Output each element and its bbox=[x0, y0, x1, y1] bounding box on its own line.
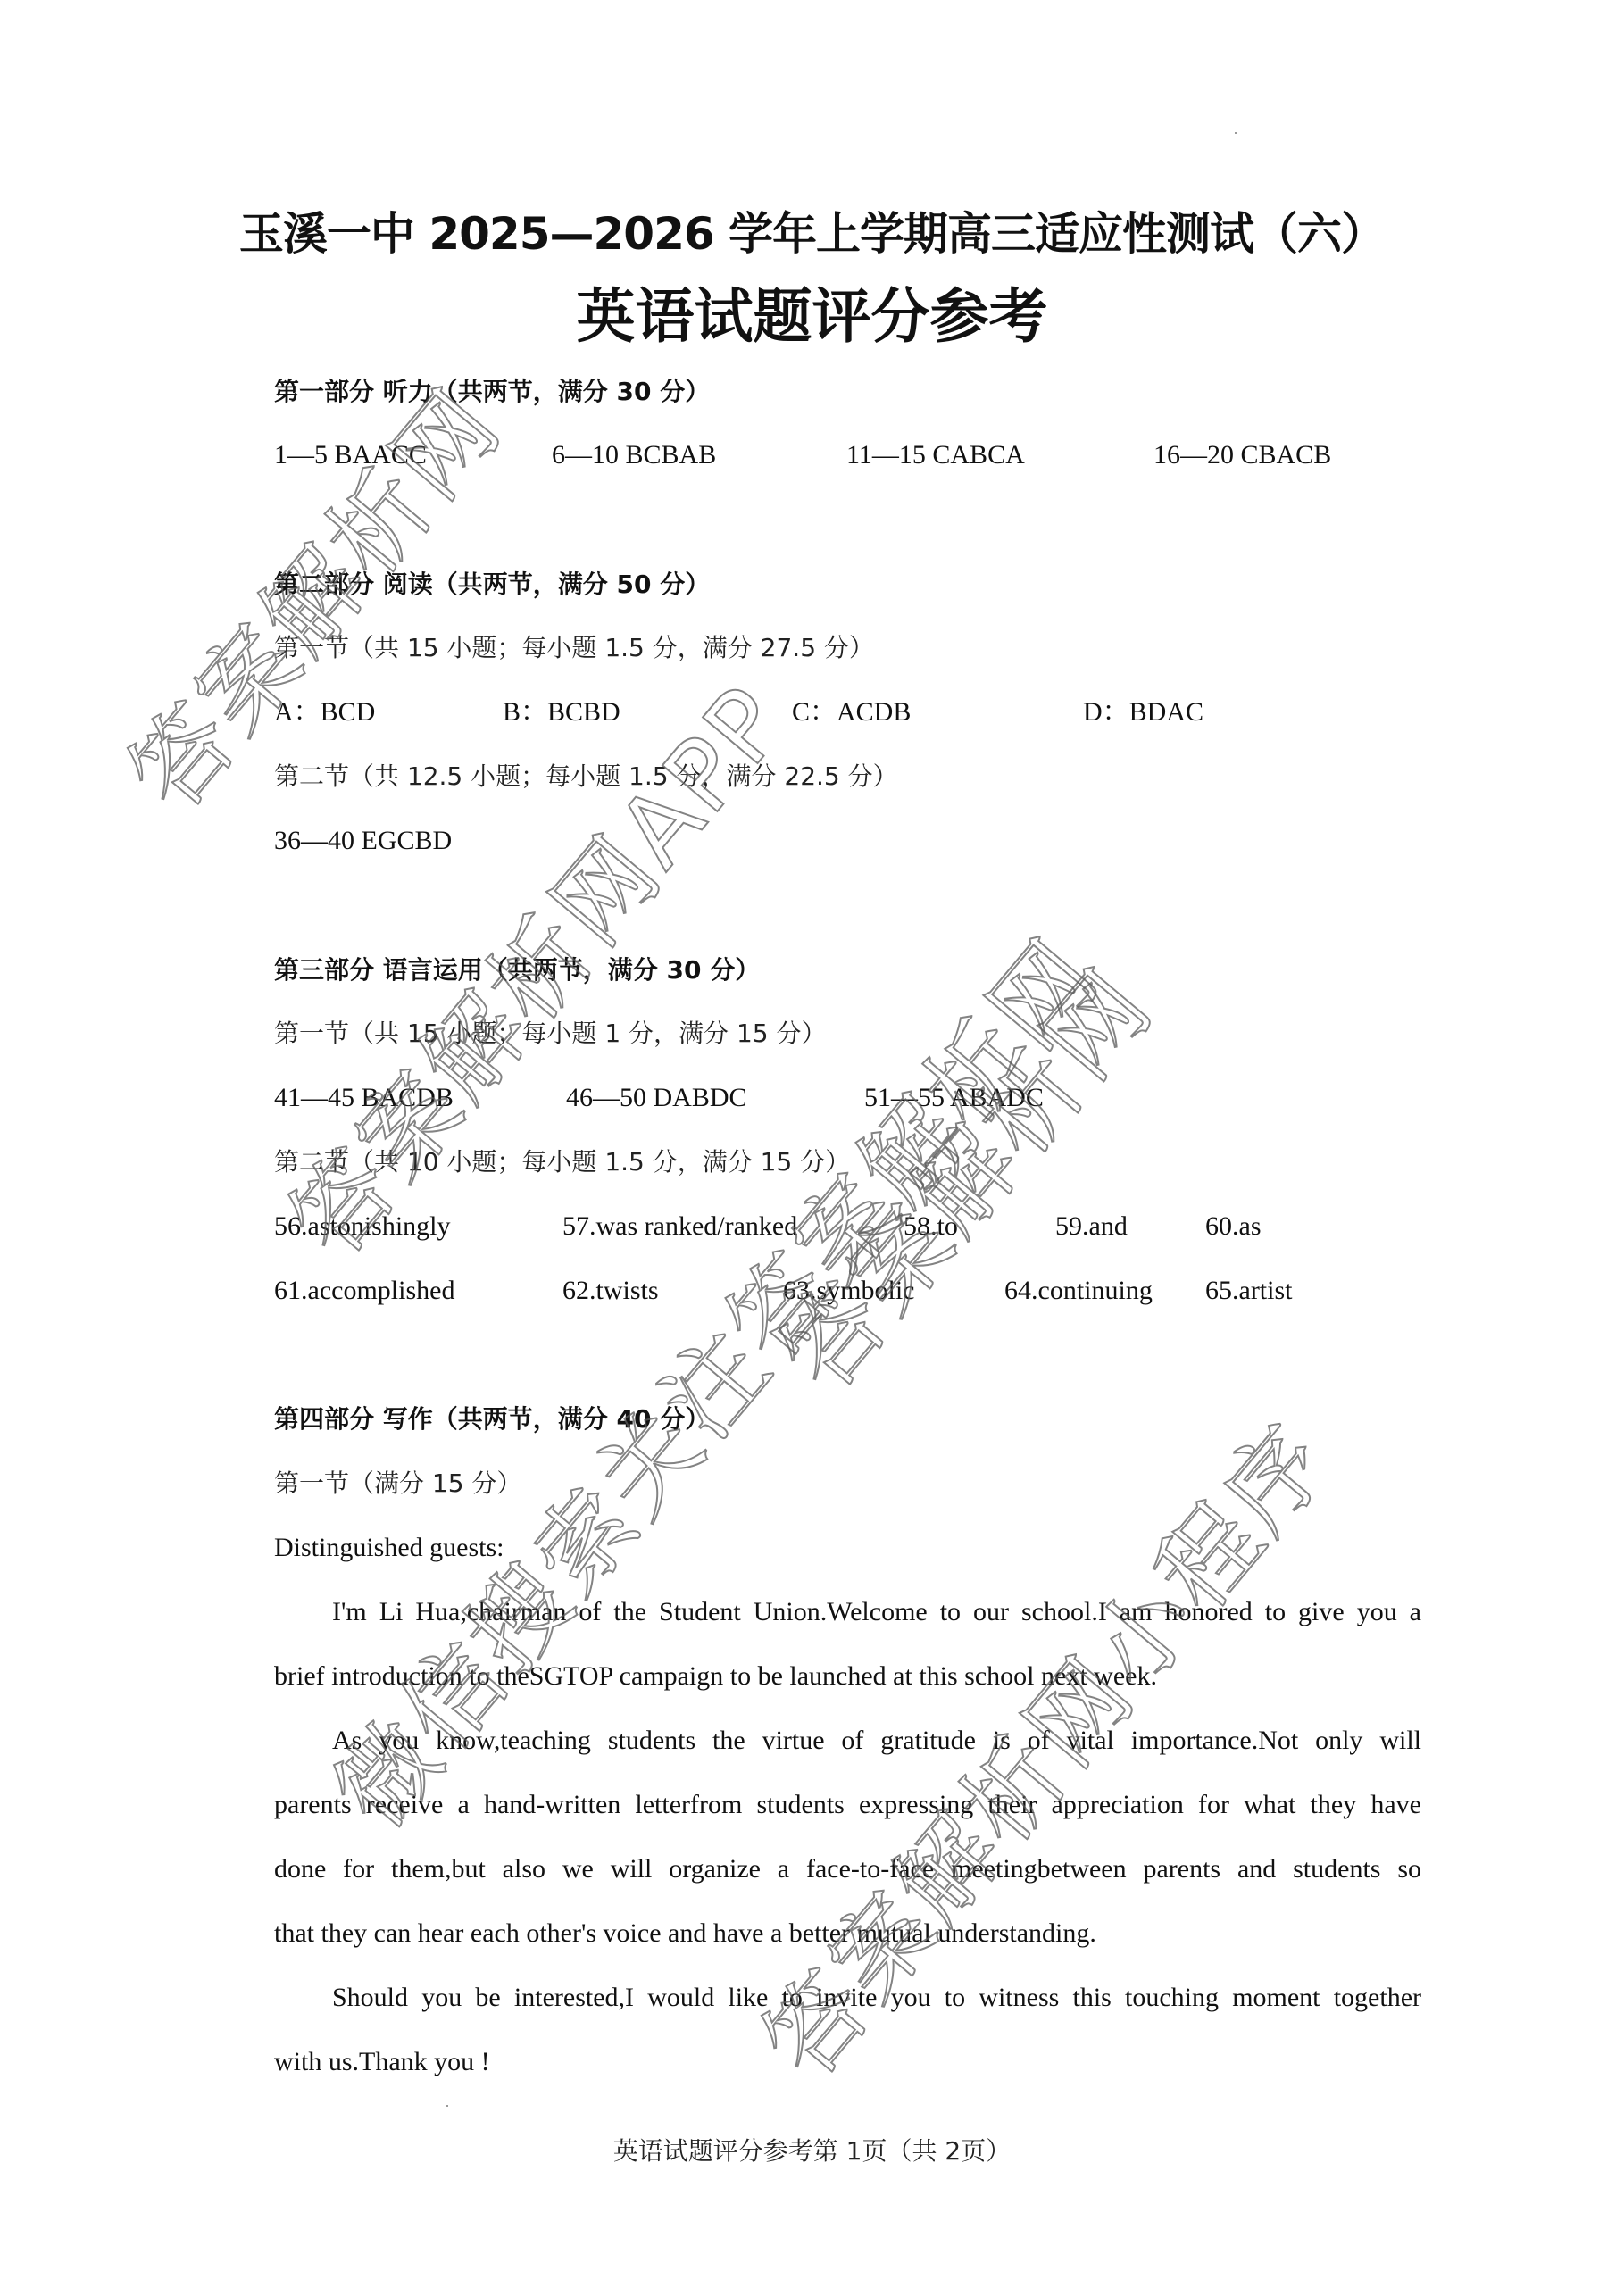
answer-group: B：BCBD bbox=[503, 696, 620, 728]
document-page: 玉溪一中 2025—2026 学年上学期高三适应性测试（六） 英语试题评分参考 … bbox=[0, 0, 1624, 2296]
part3-section2-heading: 第二节（共 10 小题；每小题 1.5 分，满分 15 分） bbox=[274, 1146, 850, 1178]
answer-item: 62.twists bbox=[562, 1275, 659, 1307]
part1-heading: 第一部分 听力（共两节，满分 30 分） bbox=[274, 376, 710, 408]
answer-item: 57.was ranked/ranked bbox=[562, 1210, 797, 1243]
part4-heading: 第四部分 写作（共两节，满分 40 分） bbox=[274, 1403, 710, 1435]
part2-section1-heading: 第一节（共 15 小题；每小题 1.5 分，满分 27.5 分） bbox=[274, 632, 874, 664]
answer-group: 46—50 DABDC bbox=[566, 1082, 747, 1114]
answer-group: 16—20 CBACB bbox=[1153, 439, 1331, 471]
part2-heading: 第二部分 阅读（共两节，满分 50 分） bbox=[274, 569, 710, 601]
essay-line: done for them,but also we will organize … bbox=[274, 1837, 1421, 1901]
answer-item: 65.artist bbox=[1205, 1275, 1293, 1307]
answer-item: 58.to bbox=[904, 1210, 958, 1243]
answer-group: A：BCD bbox=[274, 696, 375, 728]
answer-group: 11—15 CABCA bbox=[846, 439, 1025, 471]
page-footer: 英语试题评分参考第 1页（共 2页） bbox=[0, 2135, 1624, 2167]
answer-group: 41—45 BACDB bbox=[274, 1082, 454, 1114]
answer-group: 36—40 EGCBD bbox=[274, 825, 452, 857]
document-subtitle: 英语试题评分参考 bbox=[0, 281, 1624, 353]
scan-speck bbox=[446, 2105, 448, 2107]
answer-group: 6—10 BCBAB bbox=[552, 439, 716, 471]
answer-group: C：ACDB bbox=[792, 696, 911, 728]
scan-speck bbox=[1235, 132, 1237, 134]
essay-line: that they can hear each other's voice an… bbox=[274, 1901, 1421, 1966]
answer-group: D：BDAC bbox=[1083, 696, 1203, 728]
answer-item: 64.continuing bbox=[1004, 1275, 1153, 1307]
part3-section1-heading: 第一节（共 15 小题；每小题 1 分，满分 15 分） bbox=[274, 1018, 826, 1050]
answer-item: 61.accomplished bbox=[274, 1275, 454, 1307]
answer-item: 63.symbolic bbox=[783, 1275, 915, 1307]
essay-line: As you know,teaching students the virtue… bbox=[274, 1709, 1421, 1773]
essay-line: I'm Li Hua,chairman of the Student Union… bbox=[274, 1580, 1421, 1644]
essay-line: Should you be interested,I would like to… bbox=[274, 1966, 1421, 2030]
essay-salutation: Distinguished guests: bbox=[274, 1532, 504, 1564]
document-title: 玉溪一中 2025—2026 学年上学期高三适应性测试（六） bbox=[0, 207, 1624, 261]
part4-section1-heading: 第一节（满分 15 分） bbox=[274, 1468, 521, 1500]
part2-section2-heading: 第二节（共 12.5 小题；每小题 1.5 分，满分 22.5 分） bbox=[274, 761, 898, 793]
answer-item: 60.as bbox=[1205, 1210, 1262, 1243]
answer-group: 1—5 BAACC bbox=[274, 439, 427, 471]
essay-line: parents receive a hand-written letterfro… bbox=[274, 1773, 1421, 1837]
essay-line: with us.Thank you ! bbox=[274, 2030, 1421, 2094]
answer-group: 51—55 ABADC bbox=[864, 1082, 1044, 1114]
answer-item: 56.astonishingly bbox=[274, 1210, 451, 1243]
answer-item: 59.and bbox=[1055, 1210, 1128, 1243]
part3-heading: 第三部分 语言运用（共两节，满分 30 分） bbox=[274, 954, 760, 986]
sample-essay: I'm Li Hua,chairman of the Student Union… bbox=[274, 1580, 1421, 2094]
essay-line: brief introduction to theSGTOP campaign … bbox=[274, 1644, 1421, 1709]
